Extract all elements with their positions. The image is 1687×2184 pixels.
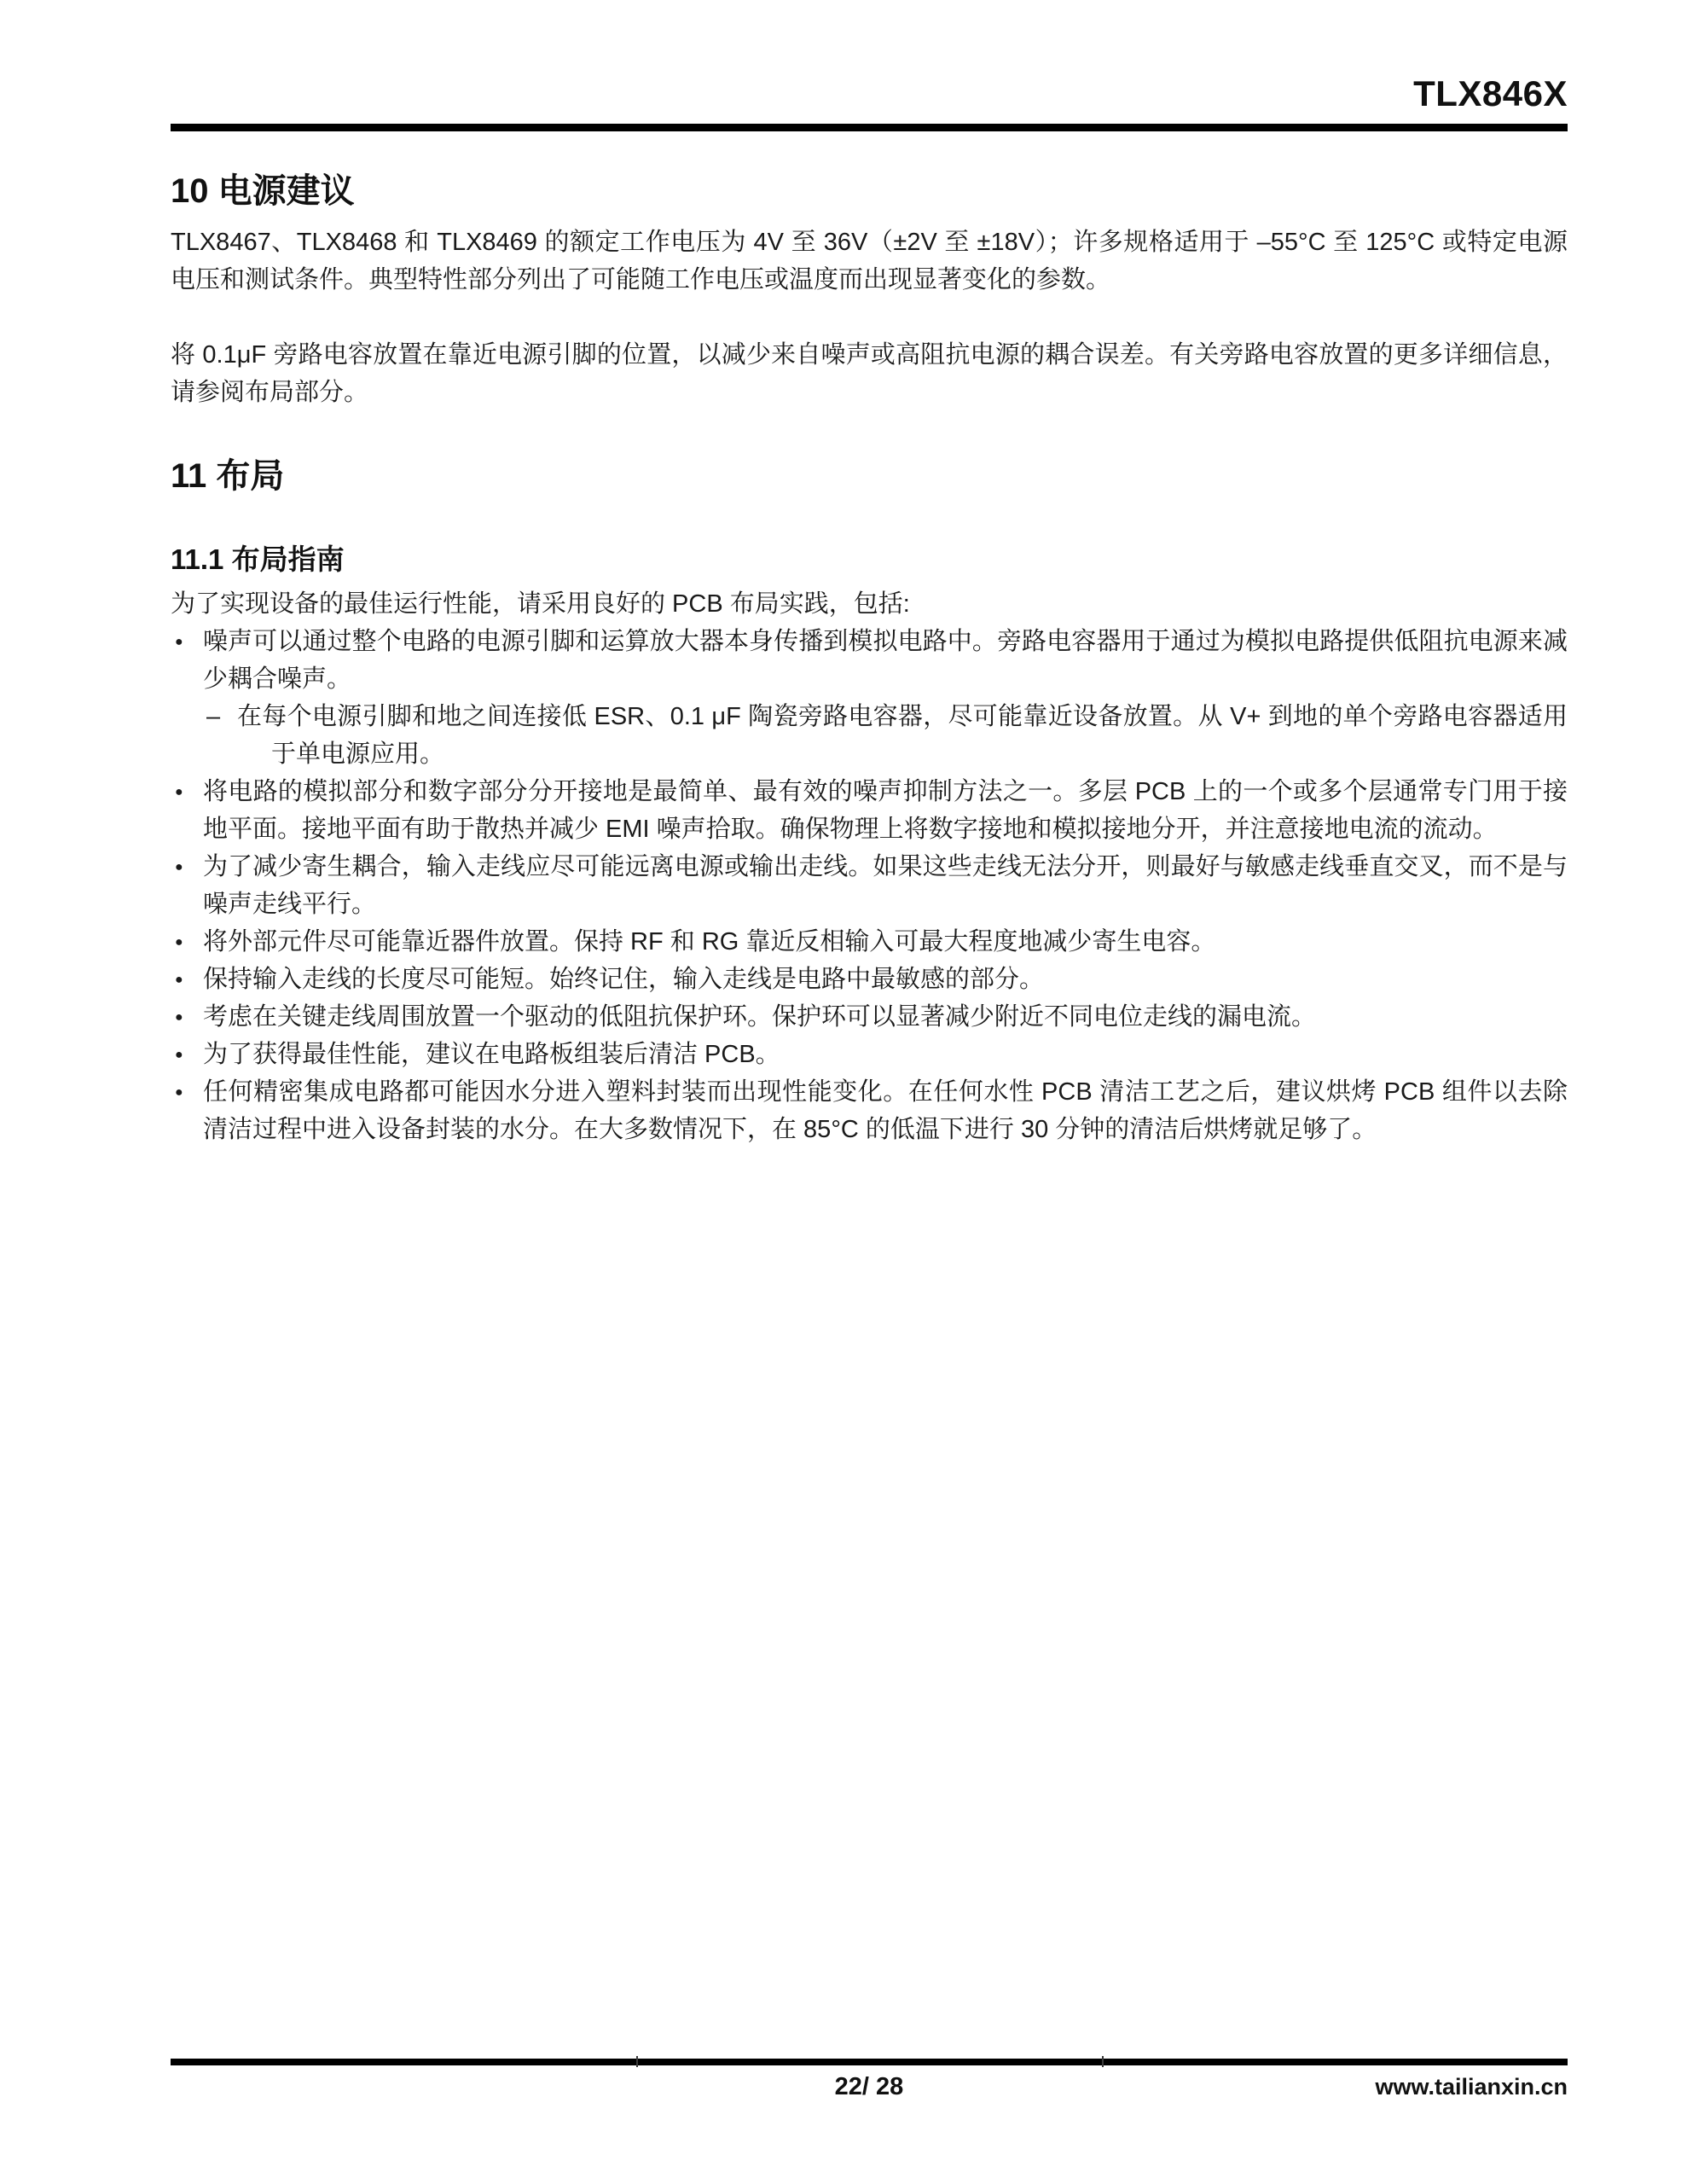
guideline-item: ● 为了获得最佳性能，建议在电路板组装后清洁 PCB。	[171, 1036, 1568, 1073]
bullet-icon: ●	[175, 773, 183, 811]
guideline-item: ● 噪声可以通过整个电路的电源引脚和运算放大器本身传播到模拟电路中。旁路电容器用…	[171, 623, 1568, 698]
section-heading-power-recommendations: 10 电源建议	[171, 171, 1568, 212]
guideline-text: 将外部元件尽可能靠近器件放置。保持 RF 和 RG 靠近反相输入可最大程度地减少…	[203, 928, 1215, 955]
page-header: TLX846X	[171, 75, 1568, 131]
bullet-icon: ●	[175, 998, 183, 1037]
guideline-text: 在每个电源引脚和地之间连接低 ESR、0.1 μF 陶瓷旁路电容器，尽可能靠近设…	[237, 703, 1568, 768]
footer-rule-tick	[1102, 2056, 1104, 2067]
guideline-text: 噪声可以通过整个电路的电源引脚和运算放大器本身传播到模拟电路中。旁路电容器用于通…	[203, 628, 1568, 693]
document-title: TLX846X	[171, 75, 1568, 113]
guideline-text: 为了获得最佳性能，建议在电路板组装后清洁 PCB。	[203, 1041, 780, 1068]
bullet-icon: ●	[175, 623, 183, 661]
dash-icon: –	[206, 698, 220, 735]
footer-rule-tick	[636, 2056, 638, 2067]
guideline-item: ● 为了减少寄生耦合，输入走线应尽可能远离电源或输出走线。如果这些走线无法分开，…	[171, 848, 1568, 923]
guideline-text: 考虑在关键走线周围放置一个驱动的低阻抗保护环。保护环可以显著减少附近不同电位走线…	[203, 1003, 1316, 1031]
guideline-text: 将电路的模拟部分和数字部分分开接地是最简单、最有效的噪声抑制方法之一。多层 PC…	[203, 778, 1568, 843]
bullet-icon: ●	[175, 848, 183, 886]
power-paragraph-2: 将 0.1μF 旁路电容放置在靠近电源引脚的位置，以减少来自噪声或高阻抗电源的耦…	[171, 336, 1568, 411]
footer-rule	[171, 2059, 1568, 2065]
guideline-text: 任何精密集成电路都可能因水分进入塑料封装而出现性能变化。在任何水性 PCB 清洁…	[203, 1078, 1568, 1143]
power-paragraph-1: TLX8467、TLX8468 和 TLX8469 的额定工作电压为 4V 至 …	[171, 224, 1568, 299]
bullet-icon: ●	[175, 961, 183, 999]
guideline-subitem: – 在每个电源引脚和地之间连接低 ESR、0.1 μF 陶瓷旁路电容器，尽可能靠…	[171, 698, 1568, 773]
guideline-text: 保持输入走线的长度尽可能短。始终记住，输入走线是电路中最敏感的部分。	[203, 966, 1044, 993]
website-link[interactable]: www.tailianxin.cn	[1102, 2074, 1568, 2100]
page-number: 22/ 28	[636, 2073, 1102, 2101]
guideline-item: ● 考虑在关键走线周围放置一个驱动的低阻抗保护环。保护环可以显著减少附近不同电位…	[171, 998, 1568, 1036]
bullet-icon: ●	[175, 923, 183, 961]
section-heading-layout: 11 布局	[171, 456, 1568, 497]
guideline-text: 为了减少寄生耦合，输入走线应尽可能远离电源或输出走线。如果这些走线无法分开，则最…	[203, 853, 1568, 918]
guideline-item: ● 保持输入走线的长度尽可能短。始终记住，输入走线是电路中最敏感的部分。	[171, 961, 1568, 998]
subsection-heading-layout-guidelines: 11.1 布局指南	[171, 543, 1568, 577]
bullet-icon: ●	[175, 1073, 183, 1112]
document-page: TLX846X 10 电源建议 TLX8467、TLX8468 和 TLX846…	[0, 0, 1687, 2184]
footer-row: 22/ 28 www.tailianxin.cn	[171, 2073, 1568, 2101]
guidelines-intro: 为了实现设备的最佳运行性能，请采用良好的 PCB 布局实践，包括:	[171, 585, 1568, 623]
page-body: 10 电源建议 TLX8467、TLX8468 和 TLX8469 的额定工作电…	[171, 171, 1568, 1148]
guidelines-list: ● 噪声可以通过整个电路的电源引脚和运算放大器本身传播到模拟电路中。旁路电容器用…	[171, 623, 1568, 1148]
page-footer: 22/ 28 www.tailianxin.cn	[171, 2059, 1568, 2101]
guideline-item: ● 将电路的模拟部分和数字部分分开接地是最简单、最有效的噪声抑制方法之一。多层 …	[171, 773, 1568, 848]
bullet-icon: ●	[175, 1036, 183, 1074]
header-rule	[171, 124, 1568, 131]
guideline-item: ● 将外部元件尽可能靠近器件放置。保持 RF 和 RG 靠近反相输入可最大程度地…	[171, 923, 1568, 961]
guideline-item: ● 任何精密集成电路都可能因水分进入塑料封装而出现性能变化。在任何水性 PCB …	[171, 1073, 1568, 1148]
